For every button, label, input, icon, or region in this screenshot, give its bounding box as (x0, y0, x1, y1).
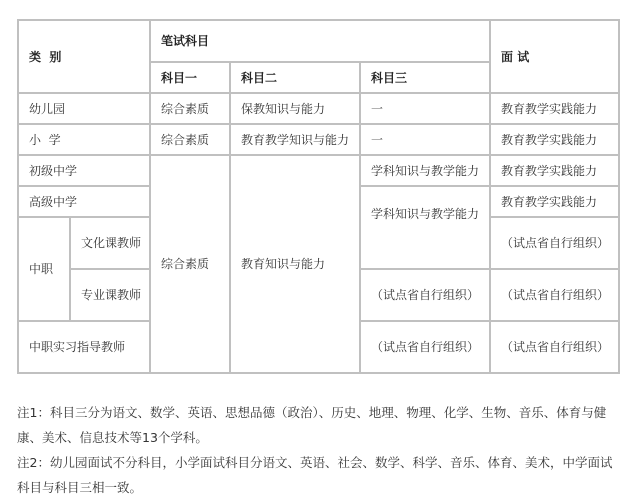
subject1-shared-cell: 综合素质 (150, 155, 230, 373)
interview-cell: 教育教学实践能力 (490, 124, 619, 155)
header-category: 类 别 (18, 20, 150, 93)
category-cell: 高级中学 (18, 186, 150, 217)
subject2-shared-cell: 教育知识与能力 (230, 155, 360, 373)
note-1: 注1：科目三分为语文、数学、英语、思想品德（政治）、历史、地理、物理、化学、生物… (17, 400, 617, 450)
interview-cell: 教育教学实践能力 (490, 186, 619, 217)
subject3-cell: 一 (360, 93, 490, 124)
notes-section: 注1：科目三分为语文、数学、英语、思想品德（政治）、历史、地理、物理、化学、生物… (17, 400, 617, 498)
subject3-cell: 学科知识与教学能力 (360, 186, 490, 269)
subcategory-culture-teacher: 文化课教师 (70, 217, 150, 269)
header-subject-3: 科目三 (360, 62, 490, 93)
table-row-primary: 小 学 综合素质 教育教学知识与能力 一 教育教学实践能力 (18, 124, 619, 155)
exam-subjects-table: 类 别 笔试科目 面 试 科目一 科目二 科目三 幼儿园 综合素质 保教知识与能… (17, 19, 620, 374)
interview-cell: （试点省自行组织） (490, 269, 619, 321)
interview-cell: （试点省自行组织） (490, 217, 619, 269)
subject3-cell: 一 (360, 124, 490, 155)
header-interview: 面 试 (490, 20, 619, 93)
category-cell: 幼儿园 (18, 93, 150, 124)
header-subject-2: 科目二 (230, 62, 360, 93)
category-cell: 初级中学 (18, 155, 150, 186)
category-cell-vocational: 中职 (18, 217, 70, 321)
category-cell: 小 学 (18, 124, 150, 155)
header-written-exam: 笔试科目 (150, 20, 490, 62)
subject2-cell: 保教知识与能力 (230, 93, 360, 124)
table-row-junior-middle: 初级中学 综合素质 教育知识与能力 学科知识与教学能力 教育教学实践能力 (18, 155, 619, 186)
subject3-cell: （试点省自行组织） (360, 269, 490, 321)
interview-cell: （试点省自行组织） (490, 321, 619, 373)
subject3-cell: （试点省自行组织） (360, 321, 490, 373)
subject1-cell: 综合素质 (150, 93, 230, 124)
subject2-cell: 教育教学知识与能力 (230, 124, 360, 155)
subject1-cell: 综合素质 (150, 124, 230, 155)
note-2: 注2：幼儿园面试不分科目，小学面试科目分语文、英语、社会、数学、科学、音乐、体育… (17, 450, 617, 498)
interview-cell: 教育教学实践能力 (490, 155, 619, 186)
subject3-cell: 学科知识与教学能力 (360, 155, 490, 186)
header-subject-1: 科目一 (150, 62, 230, 93)
category-cell: 中职实习指导教师 (18, 321, 150, 373)
interview-cell: 教育教学实践能力 (490, 93, 619, 124)
subcategory-major-teacher: 专业课教师 (70, 269, 150, 321)
table-row-kindergarten: 幼儿园 综合素质 保教知识与能力 一 教育教学实践能力 (18, 93, 619, 124)
